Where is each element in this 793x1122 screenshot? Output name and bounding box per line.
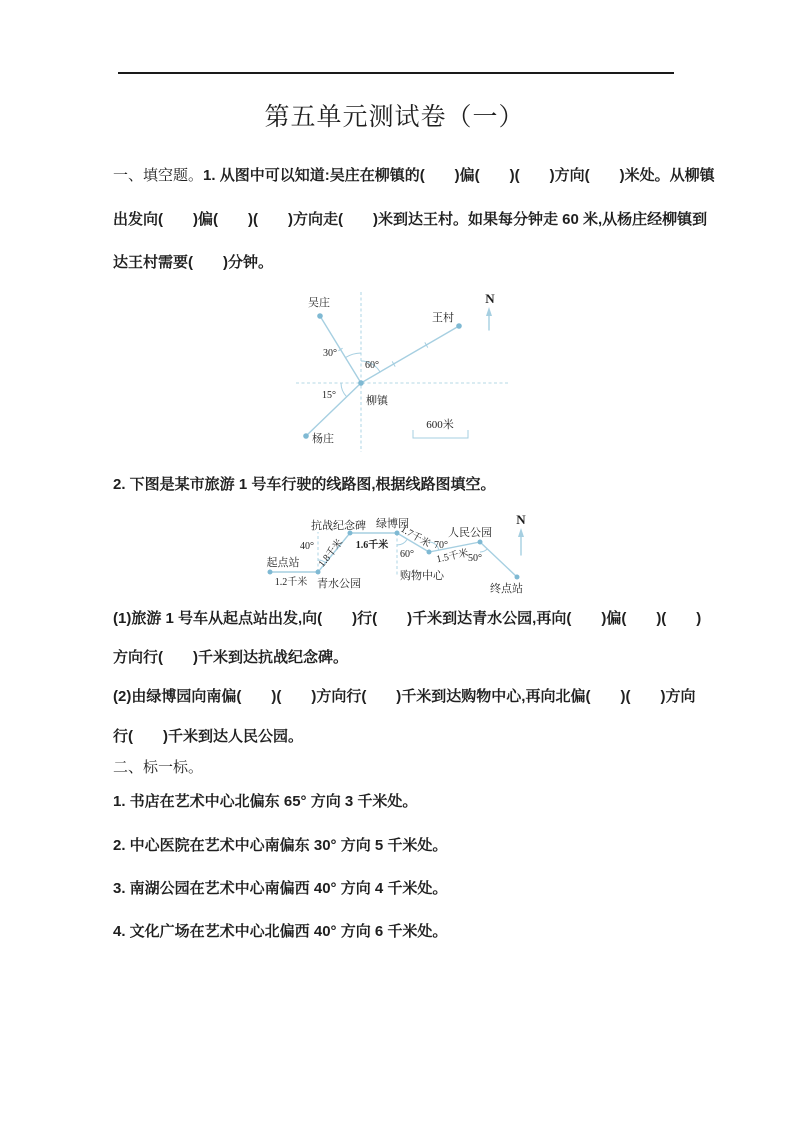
peoples-park-dot: [478, 540, 483, 545]
liuzhen-dot: [358, 380, 364, 386]
angle-arc-15: [341, 383, 347, 397]
terminal-station-dot: [515, 575, 520, 580]
section-two-item-3: 3. 南湖公园在艺术中心南偏西 40° 方向 4 千米处。: [113, 879, 447, 899]
angle-arc-50: [480, 549, 487, 552]
angle-40-label: 40°: [300, 541, 314, 552]
qingshui-park-label: 青水公园: [317, 576, 361, 590]
shopping-center-dot: [427, 550, 432, 555]
start-station-label: 起点站: [267, 555, 300, 569]
scale-label: 600米: [426, 417, 454, 431]
north-label: N: [516, 512, 526, 527]
distance-1-8km-label: 1.8千米: [315, 536, 346, 569]
route-to-wangcun: [361, 326, 459, 383]
section-two-item-2: 2. 中心医院在艺术中心南偏东 30° 方向 5 千米处。: [113, 836, 447, 856]
angle-70-label: 70°: [434, 540, 448, 551]
distance-1-7km-label: 1.7千米: [399, 522, 434, 550]
angle-30-label: 30°: [323, 348, 337, 359]
north-arrow-icon: N: [485, 291, 495, 330]
yangzhuang-label: 杨庄: [312, 431, 334, 445]
north-arrow-icon: N: [516, 512, 526, 555]
angle-60-label: 60°: [400, 549, 414, 560]
section-one-heading: 一、填空题。: [113, 168, 203, 184]
section-two-item-1: 1. 书店在艺术中心北偏东 65° 方向 3 千米处。: [113, 792, 417, 812]
q2-sub1-line2: 方向行( )千米到达抗战纪念碑。: [113, 648, 348, 668]
wangcun-label: 王村: [432, 310, 454, 324]
q2-sub2-line2: 行( )千米到达人民公园。: [113, 727, 303, 747]
memorial-label: 抗战纪念碑: [311, 518, 366, 532]
q2-sub1-line1: (1)旅游 1 号车从起点站出发,向( )行( )千米到达青水公园,再向( )偏…: [113, 609, 701, 629]
yangzhuang-dot: [303, 433, 309, 439]
angle-50-label: 50°: [468, 553, 482, 564]
angle-arc-60: [397, 539, 407, 545]
wuzhuang-label: 吴庄: [308, 295, 330, 309]
distance-1-6km-label: 1.6千米: [356, 538, 389, 551]
angle-15-label: 15°: [322, 390, 336, 401]
north-arrow-head: [518, 528, 524, 537]
north-arrow-head: [486, 307, 492, 316]
terminal-station-label: 终点站: [490, 581, 523, 595]
diagram-bus-route-map: 起点站 青水公园 抗战纪念碑 绿博园 购物中心 人民公园 终点站 1.2千米 1…: [255, 508, 545, 603]
q2-intro: 2. 下图是某市旅游 1 号车行驶的线路图,根据线路图填空。: [113, 475, 496, 495]
diagram-liuzhen-map: 吴庄 王村 杨庄 柳镇 30° 60° 15° N 600米: [290, 288, 520, 458]
q1-line1-text: 1. 从图中可以知道:吴庄在柳镇的( )偏( )( )方向( )米处。从柳镇: [203, 167, 715, 184]
section-two-item-4: 4. 文化广场在艺术中心北偏西 40° 方向 6 千米处。: [113, 922, 447, 942]
angle-60-label: 60°: [365, 360, 379, 371]
page-title: 第五单元测试卷（一）: [113, 97, 676, 133]
header-rule: [118, 72, 674, 74]
test-paper-page: 第五单元测试卷（一） 一、填空题。1. 从图中可以知道:吴庄在柳镇的( )偏( …: [0, 0, 793, 1122]
scale-bar: 600米: [413, 417, 468, 438]
start-station-dot: [268, 570, 273, 575]
wuzhuang-dot: [317, 313, 323, 319]
q2-sub2-line1: (2)由绿博园向南偏( )( )方向行( )千米到达购物中心,再向北偏( )( …: [113, 687, 695, 707]
north-label: N: [485, 291, 495, 306]
section-two-heading: 二、标一标。: [113, 758, 203, 778]
liuzhen-label: 柳镇: [366, 393, 389, 407]
qingshui-park-dot: [316, 570, 321, 575]
q1-line3: 达王村需要( )分钟。: [113, 253, 273, 273]
wangcun-dot: [456, 323, 462, 329]
shopping-center-label: 购物中心: [400, 568, 445, 582]
peoples-park-label: 人民公园: [448, 526, 492, 539]
q1-line2: 出发向( )偏( )( )方向走( )米到达王村。如果每分钟走 60 米,从杨庄…: [113, 210, 707, 230]
scale-bracket: [413, 430, 468, 438]
angle-arc-30: [345, 353, 361, 358]
q1-line1: 一、填空题。1. 从图中可以知道:吴庄在柳镇的( )偏( )( )方向( )米处…: [113, 166, 715, 186]
distance-1-2km-label: 1.2千米: [275, 575, 308, 588]
